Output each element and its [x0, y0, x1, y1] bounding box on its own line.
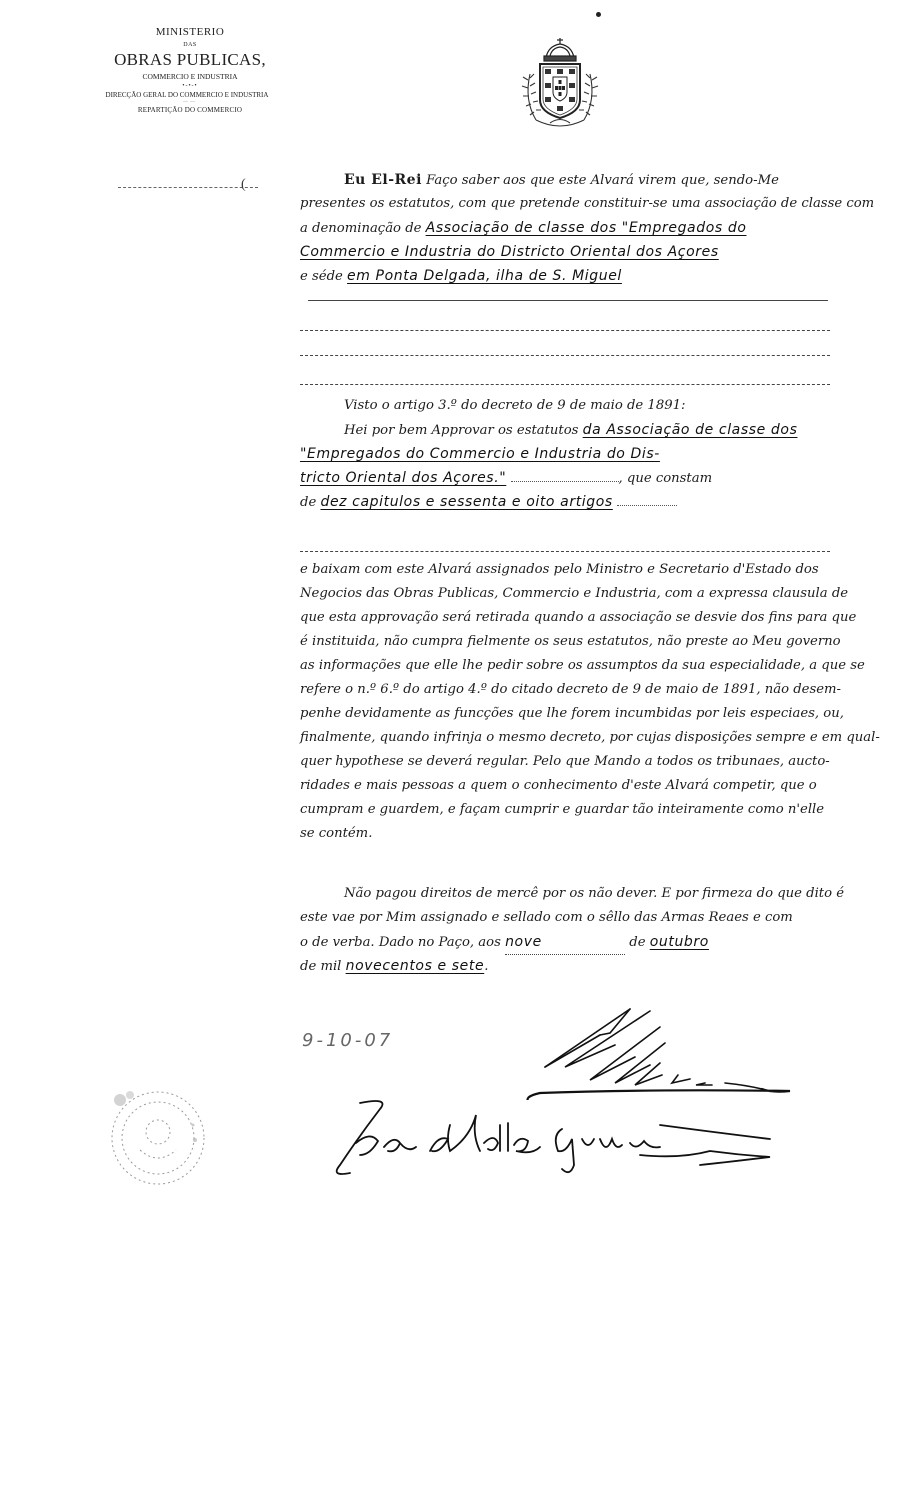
- conditions-line: cumpram e guardem, e façam cumprir e gua…: [300, 798, 830, 822]
- seat-prefix: e séde: [300, 269, 343, 284]
- direction-line: DIRECÇÃO GERAL DO COMMERCIO E INDUSTRIA: [94, 91, 280, 99]
- conditions-line: finalmente, quando infrinja o mesmo decr…: [300, 726, 830, 750]
- day-handwritten: nove: [505, 930, 625, 955]
- ornament-divider-2: ——: [100, 100, 280, 105]
- conditions-line: quer hypothese se deverá regular. Pelo q…: [300, 750, 830, 774]
- approval-handwritten-1: da Associação de classe dos: [583, 422, 798, 438]
- margin-rule: [118, 187, 258, 188]
- seat-handwritten: em Ponta Delgada, ilha de S. Miguel: [347, 268, 622, 284]
- hei-por-bem: Hei por bem Approvar os estatutos: [344, 423, 578, 438]
- margin-mark: (: [241, 177, 246, 193]
- document-page: MINISTERIO DAS OBRAS PUBLICAS, COMMERCIO…: [0, 0, 909, 1500]
- conditions-line: se contém.: [300, 822, 830, 846]
- association-name-handwritten-2: Commercio e Industria do Districto Orien…: [300, 244, 719, 260]
- fill-dots: [617, 505, 677, 506]
- association-name-handwritten-1: Associação de classe dos "Empregados do: [426, 220, 747, 236]
- intro-line-2: presentes os estatutos, com que pretende…: [300, 192, 830, 216]
- period: .: [484, 959, 488, 974]
- conditions-line: Negocios das Obras Publicas, Commercio e…: [300, 582, 830, 606]
- intro-line-3: a denominação de: [300, 221, 421, 236]
- embossed-seal-icon: [100, 1080, 210, 1190]
- que-constam: , que constam: [619, 471, 713, 486]
- paragraph-intro: Eu El-Rei Faço saber aos que este Alvará…: [300, 168, 830, 288]
- pencil-date: 9-10-07: [302, 1030, 393, 1051]
- king-signature-icon: [500, 1005, 800, 1100]
- department-line: REPARTIÇÃO DO COMMERCIO: [100, 106, 280, 114]
- chapters-articles-handwritten: dez capitulos e sessenta e oito artigos: [320, 494, 612, 510]
- ministry-das: DAS: [100, 42, 280, 48]
- ministry-header: MINISTERIO DAS OBRAS PUBLICAS, COMMERCIO…: [100, 20, 280, 114]
- month-handwritten: outubro: [650, 934, 709, 950]
- intro-line-1: Faço saber aos que este Alvará virem que…: [426, 173, 779, 188]
- de-mil: de mil: [300, 959, 341, 974]
- de-label: de: [629, 935, 645, 950]
- conditions-line: que esta approvação será retirada quando…: [300, 606, 830, 630]
- approval-handwritten-3: tricto Oriental dos Açores.": [300, 470, 506, 486]
- conditions-line: refere o n.º 6.º do artigo 4.º do citado…: [300, 678, 830, 702]
- closing-line-1: Não pagou direitos de mercê por os não d…: [300, 882, 830, 906]
- paragraph-closing: Não pagou direitos de mercê por os não d…: [300, 882, 830, 978]
- paragraph-conditions: e baixam com este Alvará assignados pelo…: [300, 558, 830, 846]
- closing-line-3: o de verba. Dado no Paço, aos: [300, 935, 501, 950]
- ruled-line: [300, 384, 830, 385]
- visto-line: Visto o artigo 3.º do decreto de 9 de ma…: [300, 394, 830, 418]
- ornament-divider: •-•-•: [100, 83, 280, 89]
- ruled-line: [300, 551, 830, 552]
- eu-el-rei: Eu El-Rei: [344, 172, 422, 188]
- ink-dot: [596, 12, 601, 17]
- conditions-line: e baixam com este Alvará assignados pelo…: [300, 558, 830, 582]
- conditions-line: ridades e mais pessoas a quem o conhecim…: [300, 774, 830, 798]
- coat-of-arms-icon: [510, 28, 610, 138]
- fill-dots: [511, 481, 619, 482]
- ministry-obras-publicas: OBRAS PUBLICAS,: [100, 50, 280, 70]
- conditions-line: é instituida, não cumpra fielmente os se…: [300, 630, 830, 654]
- ruled-line: [300, 355, 830, 356]
- minister-signature-icon: [300, 1095, 820, 1180]
- ministry-title: MINISTERIO: [100, 26, 280, 38]
- conditions-line: as informações que elle lhe pedir sobre …: [300, 654, 830, 678]
- year-handwritten: novecentos e sete: [346, 958, 485, 974]
- approval-handwritten-2: "Empregados do Commercio e Industria do …: [300, 446, 660, 462]
- ruled-line: [300, 330, 830, 331]
- conditions-line: penhe devidamente as funcções que lhe fo…: [300, 702, 830, 726]
- closing-line-2: este vae por Mim assignado e sellado com…: [300, 906, 830, 930]
- de-label: de: [300, 495, 316, 510]
- ministry-commercio: COMMERCIO E INDUSTRIA: [100, 72, 280, 81]
- paragraph-approval: Visto o artigo 3.º do decreto de 9 de ma…: [300, 394, 830, 514]
- ruled-line: [308, 300, 828, 301]
